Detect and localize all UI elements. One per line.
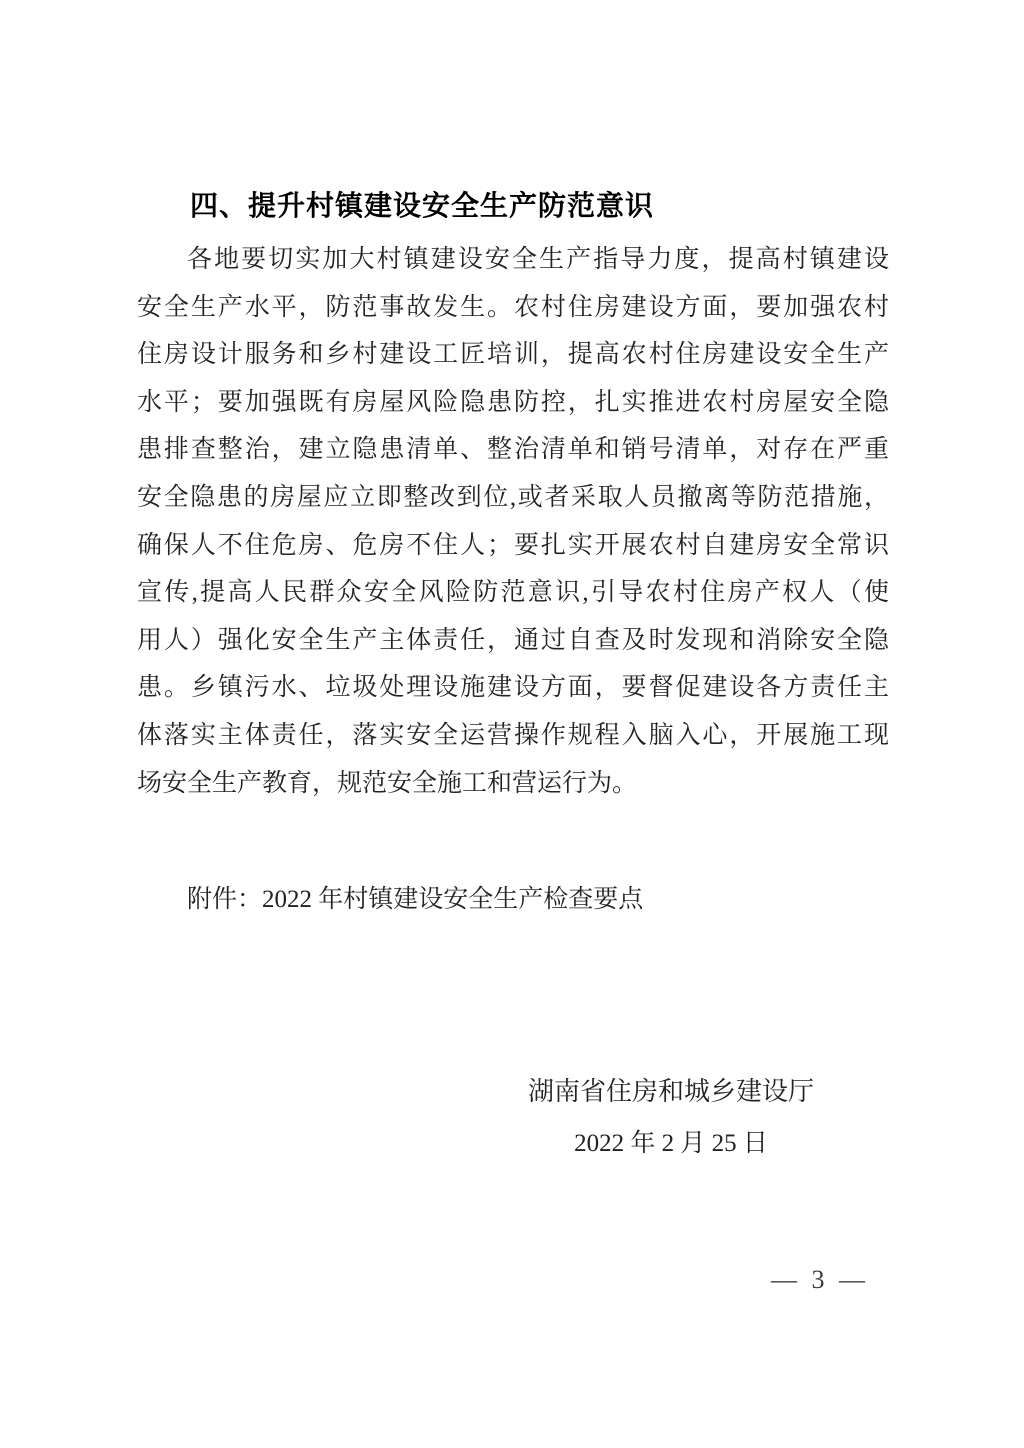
issue-date: 2022 年 2 月 25 日 <box>520 1124 822 1164</box>
issuing-agency: 湖南省住房和城乡建设厅 <box>520 1072 822 1112</box>
body-line: 患。乡镇污水、垃圾处理设施建设方面，要督促建设各方责任主 <box>137 664 889 712</box>
body-line: 安全隐患的房屋应立即整改到位,或者采取人员撤离等防范措施， <box>137 474 889 522</box>
body-line: 体落实主体责任，落实安全运营操作规程入脑入心，开展施工现 <box>137 712 889 760</box>
document-page: 四、提升村镇建设安全生产防范意识 各地要切实加大村镇建设安全生产指导力度，提高村… <box>0 0 1024 1448</box>
body-line: 确保人不住危房、危房不住人；要扎实开展农村自建房安全常识 <box>137 522 889 570</box>
body-line: 住房设计服务和乡村建设工匠培训，提高农村住房建设安全生产 <box>137 331 889 379</box>
section-heading: 四、提升村镇建设安全生产防范意识 <box>190 186 950 226</box>
body-line: 宣传,提高人民群众安全风险防范意识,引导农村住房产权人（使 <box>137 569 889 617</box>
attachment-line: 附件：2022 年村镇建设安全生产检查要点 <box>137 876 889 924</box>
body-line: 水平；要加强既有房屋风险隐患防控，扎实推进农村房屋安全隐 <box>137 379 889 427</box>
page-number: — 3 — <box>740 1262 900 1298</box>
body-line: 场安全生产教育，规范安全施工和营运行为。 <box>137 760 889 808</box>
body-line: 患排查整治，建立隐患清单、整治清单和销号清单，对存在严重 <box>137 426 889 474</box>
body-line: 安全生产水平，防范事故发生。农村住房建设方面，要加强农村 <box>137 284 889 332</box>
body-line: 用人）强化安全生产主体责任，通过自查及时发现和消除安全隐 <box>137 617 889 665</box>
body-line: 各地要切实加大村镇建设安全生产指导力度，提高村镇建设 <box>137 236 889 284</box>
body-paragraph: 各地要切实加大村镇建设安全生产指导力度，提高村镇建设安全生产水平，防范事故发生。… <box>137 236 889 807</box>
